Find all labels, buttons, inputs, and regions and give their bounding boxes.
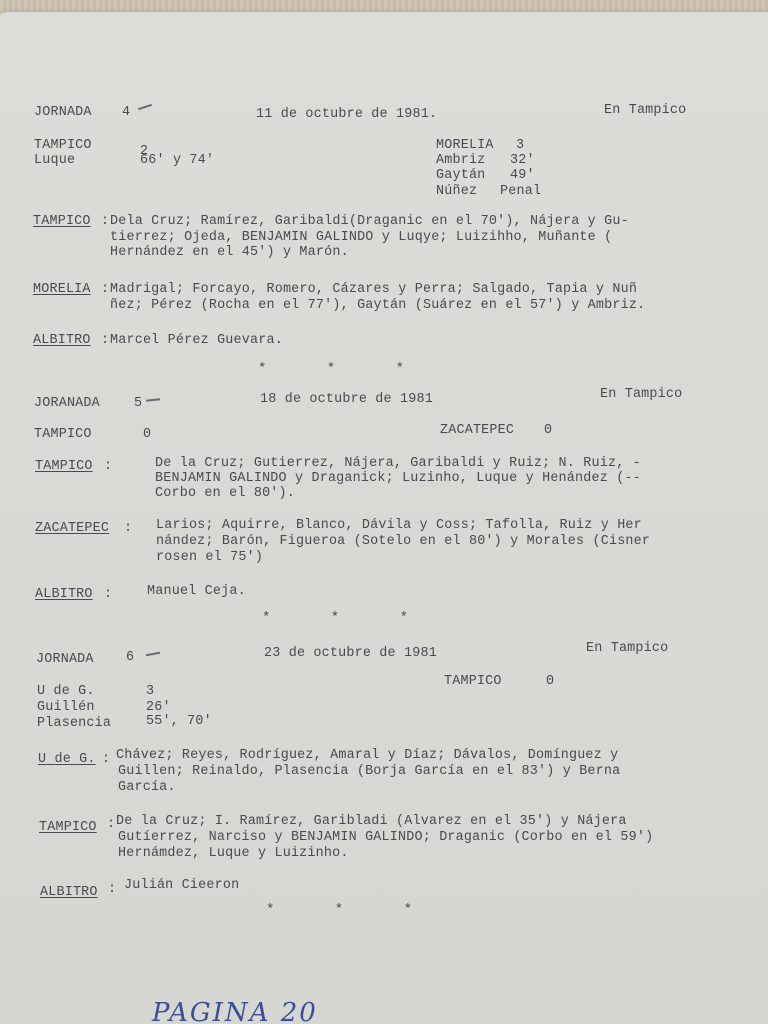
scorer-minutes: 66' y 74': [140, 153, 214, 168]
referee-name: Julián Cieeron: [124, 878, 239, 893]
lineup-team-label: U de G.: [38, 752, 96, 767]
jornada-label: JORNADA: [36, 652, 94, 667]
referee-label: ALBITRO: [33, 333, 91, 348]
colon: :: [101, 282, 109, 297]
lineup-line: tierrez; Ojeda, BENJAMIN GALINDO y Luqye…: [110, 230, 612, 245]
lineup-line: Guillen; Reinaldo, Plasencia (Borja Garc…: [118, 764, 620, 779]
home-score: 3: [146, 684, 154, 699]
handwritten-page-number: PAGINA 20: [152, 998, 318, 1024]
lineup-line: Madrigal; Forcayo, Romero, Cázares y Per…: [110, 282, 637, 297]
lineup-team-label: TAMPICO: [39, 820, 97, 835]
home-team: TAMPICO: [34, 138, 92, 153]
scorer-minutes: Penal: [500, 184, 541, 199]
jornada-label: JORANADA: [34, 396, 100, 411]
colon: :: [101, 333, 109, 348]
scorer-minutes: 32': [510, 153, 535, 168]
colon: :: [107, 817, 115, 832]
match-date: 11 de octubre de 1981.: [256, 107, 437, 122]
match-venue: En Tampico: [604, 103, 686, 118]
colon: :: [108, 882, 116, 897]
scorer-name: Ambriz: [436, 153, 485, 168]
referee-name: Marcel Pérez Guevara.: [110, 333, 283, 348]
away-team: ZACATEPEC: [440, 423, 514, 438]
referee-label: ALBITRO: [35, 587, 93, 602]
scorer-name: Luque: [34, 153, 75, 168]
jornada-number: 6: [126, 650, 134, 665]
scorer-name: Plasencia: [37, 716, 111, 731]
colon: :: [101, 214, 109, 229]
colon: :: [104, 459, 112, 474]
away-team: TAMPICO: [444, 674, 502, 689]
scorer-name: Núñez: [436, 184, 477, 199]
section-separator: * * *: [266, 903, 412, 918]
home-score: 0: [143, 427, 151, 442]
scorer-minutes: 49': [510, 168, 535, 183]
scorer-minutes: 55', 70': [146, 714, 212, 729]
lineup-line: BENJAMIN GALINDO y Draganick; Luzinho, L…: [155, 471, 641, 486]
lineup-line: Chávez; Reyes, Rodríguez, Amaral y Díaz;…: [116, 748, 618, 763]
section-separator: * * *: [262, 611, 408, 626]
away-score: 3: [516, 138, 524, 153]
lineup-line: De la Cruz; Gutierrez, Nájera, Garibaldi…: [155, 456, 641, 471]
scorer-name: Gaytán: [436, 168, 485, 183]
match-date: 23 de octubre de 1981: [264, 646, 437, 661]
lineup-line: Dela Cruz; Ramírez, Garibaldi(Draganic e…: [110, 214, 629, 229]
lineup-line: ñez; Pérez (Rocha en el 77'), Gaytán (Su…: [110, 298, 645, 313]
referee-label: ALBITRO: [40, 885, 98, 900]
away-score: 0: [544, 423, 552, 438]
lineup-line: Hernández en el 45') y Marón.: [110, 245, 349, 260]
colon: :: [102, 752, 110, 767]
lineup-line: Corbo en el 80').: [155, 486, 295, 501]
lineup-team-label: TAMPICO: [33, 214, 91, 229]
lineup-line: Hernámdez, Luque y Luizinho.: [118, 846, 349, 861]
jornada-number: 5: [134, 396, 142, 411]
lineup-line: Larios; Aquirre, Blanco, Dávila y Coss; …: [156, 518, 642, 533]
home-team: TAMPICO: [34, 427, 92, 442]
lineup-line: rosen el 75'): [156, 550, 263, 565]
match-venue: En Tampico: [586, 641, 668, 656]
referee-name: Manuel Ceja.: [147, 584, 246, 599]
lineup-line: García.: [118, 780, 176, 795]
lineup-line: nández; Barón, Figueroa (Sotelo en el 80…: [156, 534, 650, 549]
lineup-line: Gutíerrez, Narciso y BENJAMIN GALINDO; D…: [118, 830, 653, 845]
scorer-name: Guillén: [37, 700, 95, 715]
home-team: U de G.: [37, 684, 95, 699]
match-date: 18 de octubre de 1981: [260, 392, 433, 407]
scorer-minutes: 26': [146, 700, 171, 715]
colon: :: [124, 521, 132, 536]
match-venue: En Tampico: [600, 387, 682, 402]
lineup-team-label: MORELIA: [33, 282, 91, 297]
section-separator: * * *: [258, 362, 404, 377]
lineup-team-label: TAMPICO: [35, 459, 93, 474]
lineup-team-label: ZACATEPEC: [35, 521, 109, 536]
lineup-line: De la Cruz; I. Ramírez, Garibladi (Alvar…: [116, 814, 627, 829]
jornada-number: 4: [122, 105, 130, 120]
away-score: 0: [546, 674, 554, 689]
colon: :: [104, 587, 112, 602]
jornada-label: JORNADA: [34, 105, 92, 120]
away-team: MORELIA: [436, 138, 494, 153]
